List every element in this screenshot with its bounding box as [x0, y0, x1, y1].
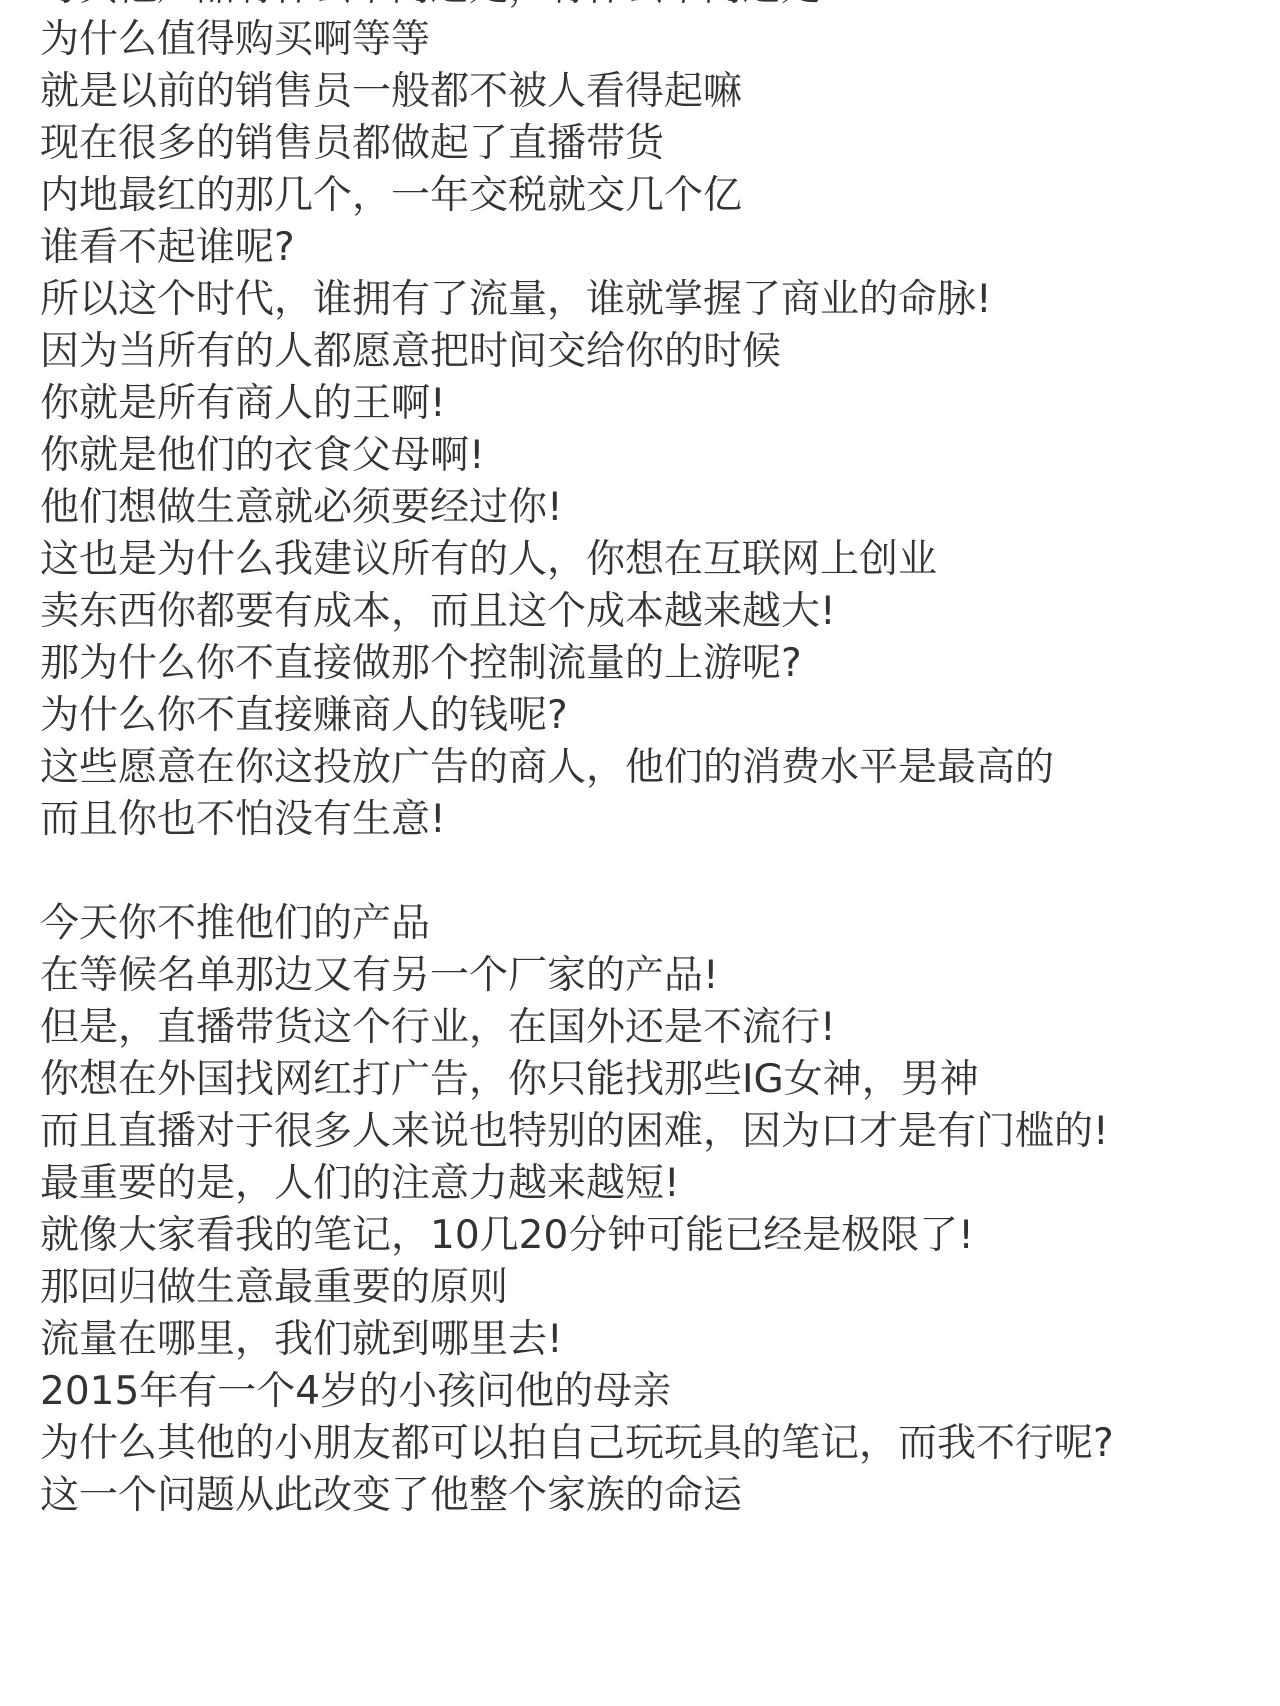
text-line: 卖东西你都要有成本，而且这个成本越来越大! — [40, 586, 1270, 638]
text-line: 这也是为什么我建议所有的人，你想在互联网上创业 — [40, 534, 1270, 586]
text-line: 为什么你不直接赚商人的钱呢? — [40, 690, 1270, 742]
text-line: 他们想做生意就必须要经过你! — [40, 482, 1270, 534]
text-line: 你就是他们的衣食父母啊! — [40, 430, 1270, 482]
note-body-text: 与其他产品有什么不同之处，有什么不同之处 为什么值得购买啊等等 就是以前的销售员… — [40, 0, 1270, 1522]
text-line-partial: 与其他产品有什么不同之处，有什么不同之处 — [40, 0, 1270, 14]
text-line: 那回归做生意最重要的原则 — [40, 1262, 1270, 1314]
text-line: 为什么其他的小朋友都可以拍自己玩玩具的笔记，而我不行呢? — [40, 1418, 1270, 1470]
text-line: 这些愿意在你这投放广告的商人，他们的消费水平是最高的 — [40, 742, 1270, 794]
text-line: 就是以前的销售员一般都不被人看得起嘛 — [40, 66, 1270, 118]
text-line: 今天你不推他们的产品 — [40, 898, 1270, 950]
text-line: 最重要的是，人们的注意力越来越短! — [40, 1158, 1270, 1210]
paragraph-break — [40, 846, 1270, 898]
text-line: 而且你也不怕没有生意! — [40, 794, 1270, 846]
text-line: 所以这个时代，谁拥有了流量，谁就掌握了商业的命脉! — [40, 274, 1270, 326]
text-line: 谁看不起谁呢? — [40, 222, 1270, 274]
text-line: 因为当所有的人都愿意把时间交给你的时候 — [40, 326, 1270, 378]
text-line: 那为什么你不直接做那个控制流量的上游呢? — [40, 638, 1270, 690]
text-line: 但是，直播带货这个行业，在国外还是不流行! — [40, 1002, 1270, 1054]
text-line: 在等候名单那边又有另一个厂家的产品! — [40, 950, 1270, 1002]
text-line: 就像大家看我的笔记，10几20分钟可能已经是极限了! — [40, 1210, 1270, 1262]
text-line: 你就是所有商人的王啊! — [40, 378, 1270, 430]
text-line: 为什么值得购买啊等等 — [40, 14, 1270, 66]
text-line: 你想在外国找网红打广告，你只能找那些IG女神，男神 — [40, 1054, 1270, 1106]
text-line: 现在很多的销售员都做起了直播带货 — [40, 118, 1270, 170]
text-line: 2015年有一个4岁的小孩问他的母亲 — [40, 1366, 1270, 1418]
text-line: 流量在哪里，我们就到哪里去! — [40, 1314, 1270, 1366]
text-line: 而且直播对于很多人来说也特别的困难，因为口才是有门槛的! — [40, 1106, 1270, 1158]
text-line: 这一个问题从此改变了他整个家族的命运 — [40, 1470, 1270, 1522]
text-line: 内地最红的那几个，一年交税就交几个亿 — [40, 170, 1270, 222]
